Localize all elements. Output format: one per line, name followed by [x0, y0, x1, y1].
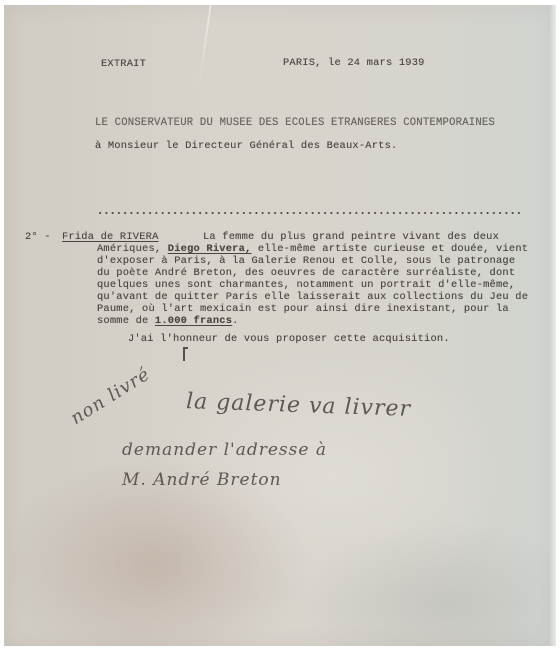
separator-dots — [97, 212, 522, 214]
diego-rivera: Diego Rivera, — [168, 243, 252, 255]
pencil-mark — [183, 347, 185, 361]
handwritten-line-2: demander l'adresse à — [122, 440, 327, 460]
body-line-7: Paume, où l'art mexicain est pour ainsi … — [97, 303, 509, 315]
sender-line: LE CONSERVATEUR DU MUSEE DES ECOLES ETRA… — [95, 117, 495, 129]
document-page — [4, 5, 556, 646]
body-line-8: somme de 1.000 francs. — [97, 315, 239, 327]
body-line-1: La femme du plus grand peintre vivant de… — [203, 231, 499, 243]
body-text: elle-même artiste curieuse et douée, vie… — [251, 243, 528, 255]
body-line-3: d'exposer à Paris, à la Galerie Renou et… — [97, 255, 515, 267]
body-text: somme de — [97, 315, 155, 327]
body-line-5: quelques unes sont charmantes, notamment… — [97, 279, 515, 291]
item-name: Frida de RIVERA — [62, 231, 159, 243]
body-text: Amériques, — [97, 243, 168, 255]
price: 1.000 francs — [155, 315, 232, 327]
body-line-6: qu'avant de quitter Paris elle laisserai… — [97, 291, 528, 303]
body-line-2: Amériques, Diego Rivera, elle-même artis… — [97, 243, 528, 255]
recipient-line: à Monsieur le Directeur Général des Beau… — [95, 140, 397, 152]
place-date: PARIS, le 24 mars 1939 — [283, 57, 425, 69]
item-number: 2° - — [25, 231, 51, 243]
extract-label: EXTRAIT — [101, 58, 146, 70]
body-text: . — [232, 315, 238, 327]
closing-line: J'ai l'honneur de vous proposer cette ac… — [128, 333, 450, 345]
paper-edge — [550, 5, 556, 646]
paper-fold — [198, 5, 211, 85]
body-line-4: du poète André Breton, des oeuvres de ca… — [97, 267, 515, 279]
handwritten-line-3: M. André Breton — [122, 470, 282, 490]
